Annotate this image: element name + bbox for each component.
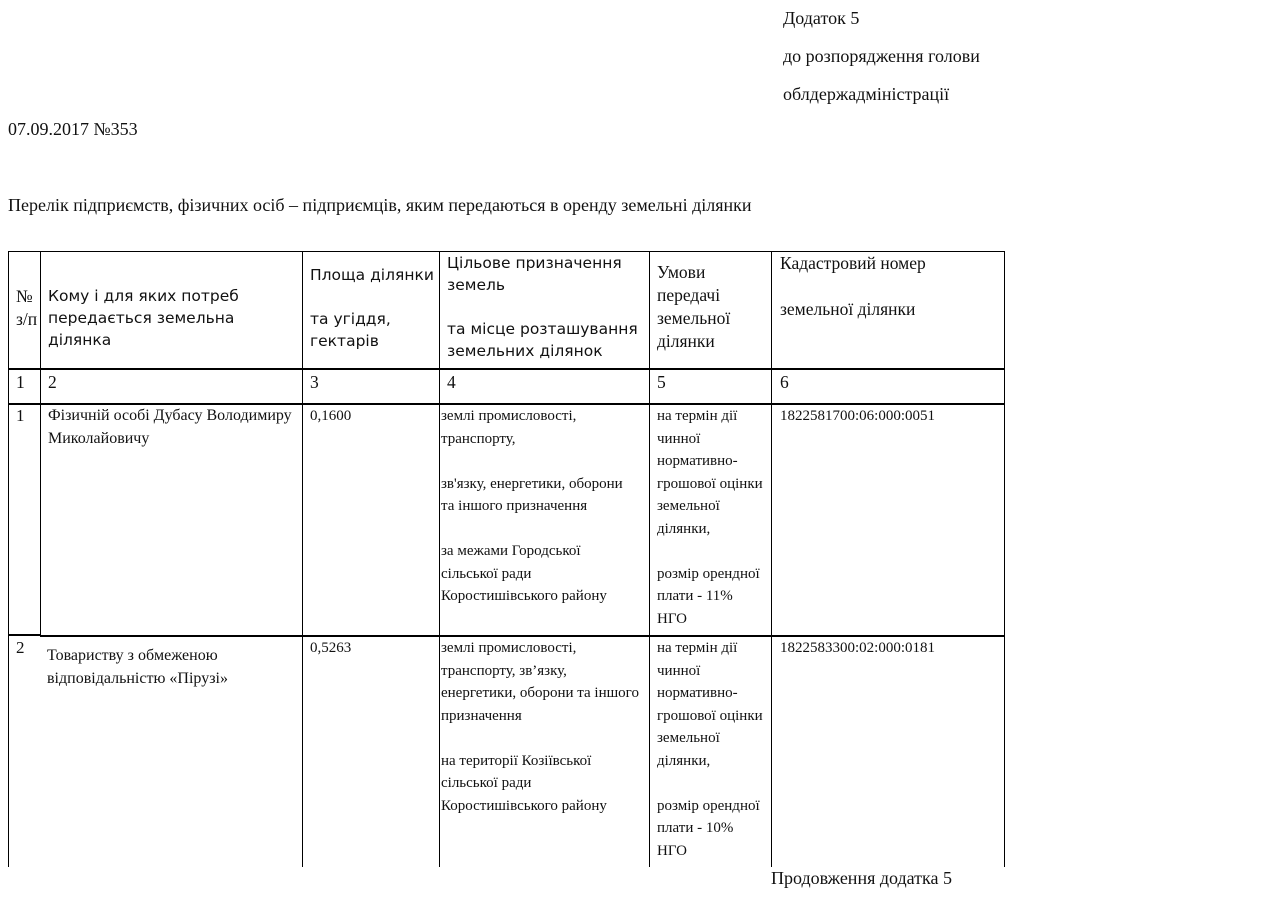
col-number-5: 5	[657, 372, 666, 393]
col-header-area: Площа ділянки та угіддя, гектарів	[310, 264, 440, 352]
addendum-reference: до розпорядження голови	[783, 46, 980, 66]
continuation-label: Продовження додатка 5	[771, 868, 952, 889]
col-number-2: 2	[48, 372, 57, 393]
table-border-right	[1004, 251, 1005, 867]
recipient-cell: Товариству з обмеженою відповідальністю …	[47, 645, 301, 690]
cadastral-number-cell: 1822583300:02:000:0181	[780, 637, 1002, 660]
conditions-cell: на термін дії чинної нормативно- грошово…	[657, 405, 771, 630]
land-lease-table: № з/п Кому і для яких потреб передається…	[8, 251, 1005, 867]
addendum-authority: облдержадміністрації	[783, 84, 949, 104]
addendum-title: Додаток 5	[783, 8, 859, 28]
conditions-cell: на термін дії чинної нормативно- грошово…	[657, 637, 771, 862]
recipient-cell: Фізичній особі Дубасу Володимиру Миколай…	[48, 405, 302, 450]
col-divider-2	[302, 251, 303, 867]
col-number-1: 1	[16, 372, 25, 393]
col-divider-1	[40, 251, 41, 635]
area-cell: 0,1600	[310, 405, 438, 428]
col-number-4: 4	[447, 372, 456, 393]
table-border-left	[8, 251, 9, 867]
row-number: 1	[16, 405, 25, 428]
document-title: Перелік підприємств, фізичних осіб – під…	[8, 195, 752, 216]
header-divider	[8, 368, 1005, 370]
area-cell: 0,5263	[310, 637, 438, 660]
row-number: 2	[16, 637, 25, 660]
col-header-purpose: Цільове призначення земель та місце розт…	[447, 252, 647, 362]
col-number-3: 3	[310, 372, 319, 393]
col-header-cadastral: Кадастровий номер земельної ділянки	[780, 252, 1002, 321]
col-number-6: 6	[780, 372, 789, 393]
col-header-conditions: Умови передачі земельної ділянки	[657, 261, 771, 353]
col-header-number: № з/п	[16, 285, 40, 331]
purpose-location-cell: землі промисловості, транспорту, зв'язку…	[441, 405, 649, 608]
cadastral-number-cell: 1822581700:06:000:0051	[780, 405, 1002, 428]
order-date-number: 07.09.2017 №353	[8, 119, 138, 140]
purpose-location-cell: землі промисловості, транспорту, зв’язку…	[441, 637, 671, 817]
col-divider-5	[771, 251, 772, 867]
row-divider-part	[8, 634, 40, 636]
col-header-recipient: Кому і для яких потреб передається земел…	[48, 285, 302, 351]
